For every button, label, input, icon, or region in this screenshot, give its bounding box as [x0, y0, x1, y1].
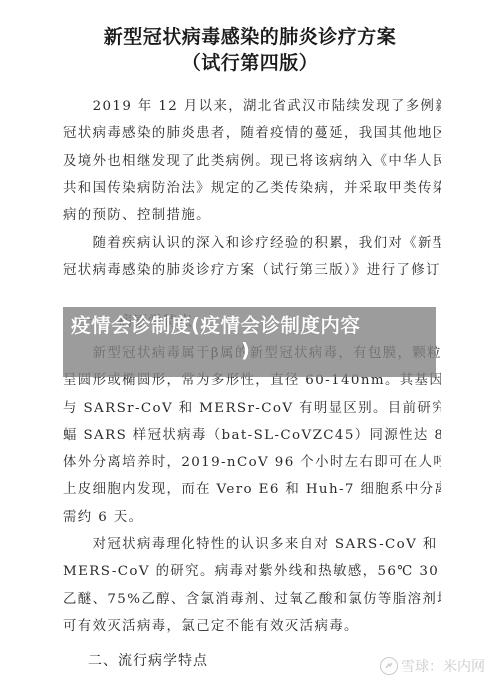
watermark-text: 雪球：米内网 [401, 656, 485, 676]
text-line: 及境外也相继发现了此类病例。现已将该病纳入《中华人民 [63, 148, 441, 175]
paragraph-intro: 2019 年 12 月以来，湖北省武汉市陆续发现了多例新型 冠状病毒感染的肺炎患… [63, 93, 441, 229]
overlay-title: 疫情会诊制度(疫情会诊制度内容 ) [71, 313, 431, 363]
text-line: 需约 6 天。 [63, 504, 441, 531]
overlay-title-line1: 疫情会诊制度(疫情会诊制度内容 [71, 314, 360, 337]
text-line: 冠状病毒感染的肺炎患者，随着疫情的蔓延，我国其他地区 [63, 120, 441, 147]
text-line: 体外分离培养时，2019-nCoV 96 个小时左右即可在人呼吸道 [63, 449, 441, 476]
document-title: 新型冠状病毒感染的肺炎诊疗方案 [0, 22, 500, 49]
overlay-title-line2: ) [71, 338, 431, 363]
text-line: 蝠 SARS 样冠状病毒（bat-SL-CoVZC45）同源性达 85%以上。 [63, 422, 441, 449]
watermark: 雪球：米内网 [380, 656, 485, 676]
text-line: 乙醚、75%乙醇、含氯消毒剂、过氧乙酸和氯仿等脂溶剂均 [63, 586, 441, 613]
paragraph-properties: 对冠状病毒理化特性的认识多来自对 SARS-CoV 和 MERS-CoV 的研究… [63, 531, 441, 640]
text-line: 病的预防、控制措施。 [63, 202, 441, 229]
section-heading-epidemiology: 二、流行病学特点 [88, 650, 208, 670]
paragraph-revision: 随着疾病认识的深入和诊疗经验的积累，我们对《新型 冠状病毒感染的肺炎诊疗方案（试… [63, 230, 441, 285]
text-line: 2019 年 12 月以来，湖北省武汉市陆续发现了多例新型 [63, 93, 441, 120]
document-subtitle: （试行第四版） [0, 48, 500, 75]
text-line: 上皮细胞内发现，而在 Vero E6 和 Huh-7 细胞系中分离培养 [63, 476, 441, 503]
text-line: 共和国传染病防治法》规定的乙类传染病，并采取甲类传染 [63, 175, 441, 202]
text-line: 对冠状病毒理化特性的认识多来自对 SARS-CoV 和 [63, 531, 441, 558]
snowball-icon [380, 657, 398, 675]
text-line: MERS-CoV 的研究。病毒对紫外线和热敏感，56℃ 30 分钟、 [63, 558, 441, 585]
text-line: 可有效灭活病毒，氯己定不能有效灭活病毒。 [63, 613, 441, 640]
text-line: 随着疾病认识的深入和诊疗经验的积累，我们对《新型 [63, 230, 441, 257]
text-line: 冠状病毒感染的肺炎诊疗方案（试行第三版）》进行了修订。 [63, 257, 441, 284]
text-line: 与 SARSr-CoV 和 MERSr-CoV 有明显区别。目前研究显示与蝙 [63, 395, 441, 422]
